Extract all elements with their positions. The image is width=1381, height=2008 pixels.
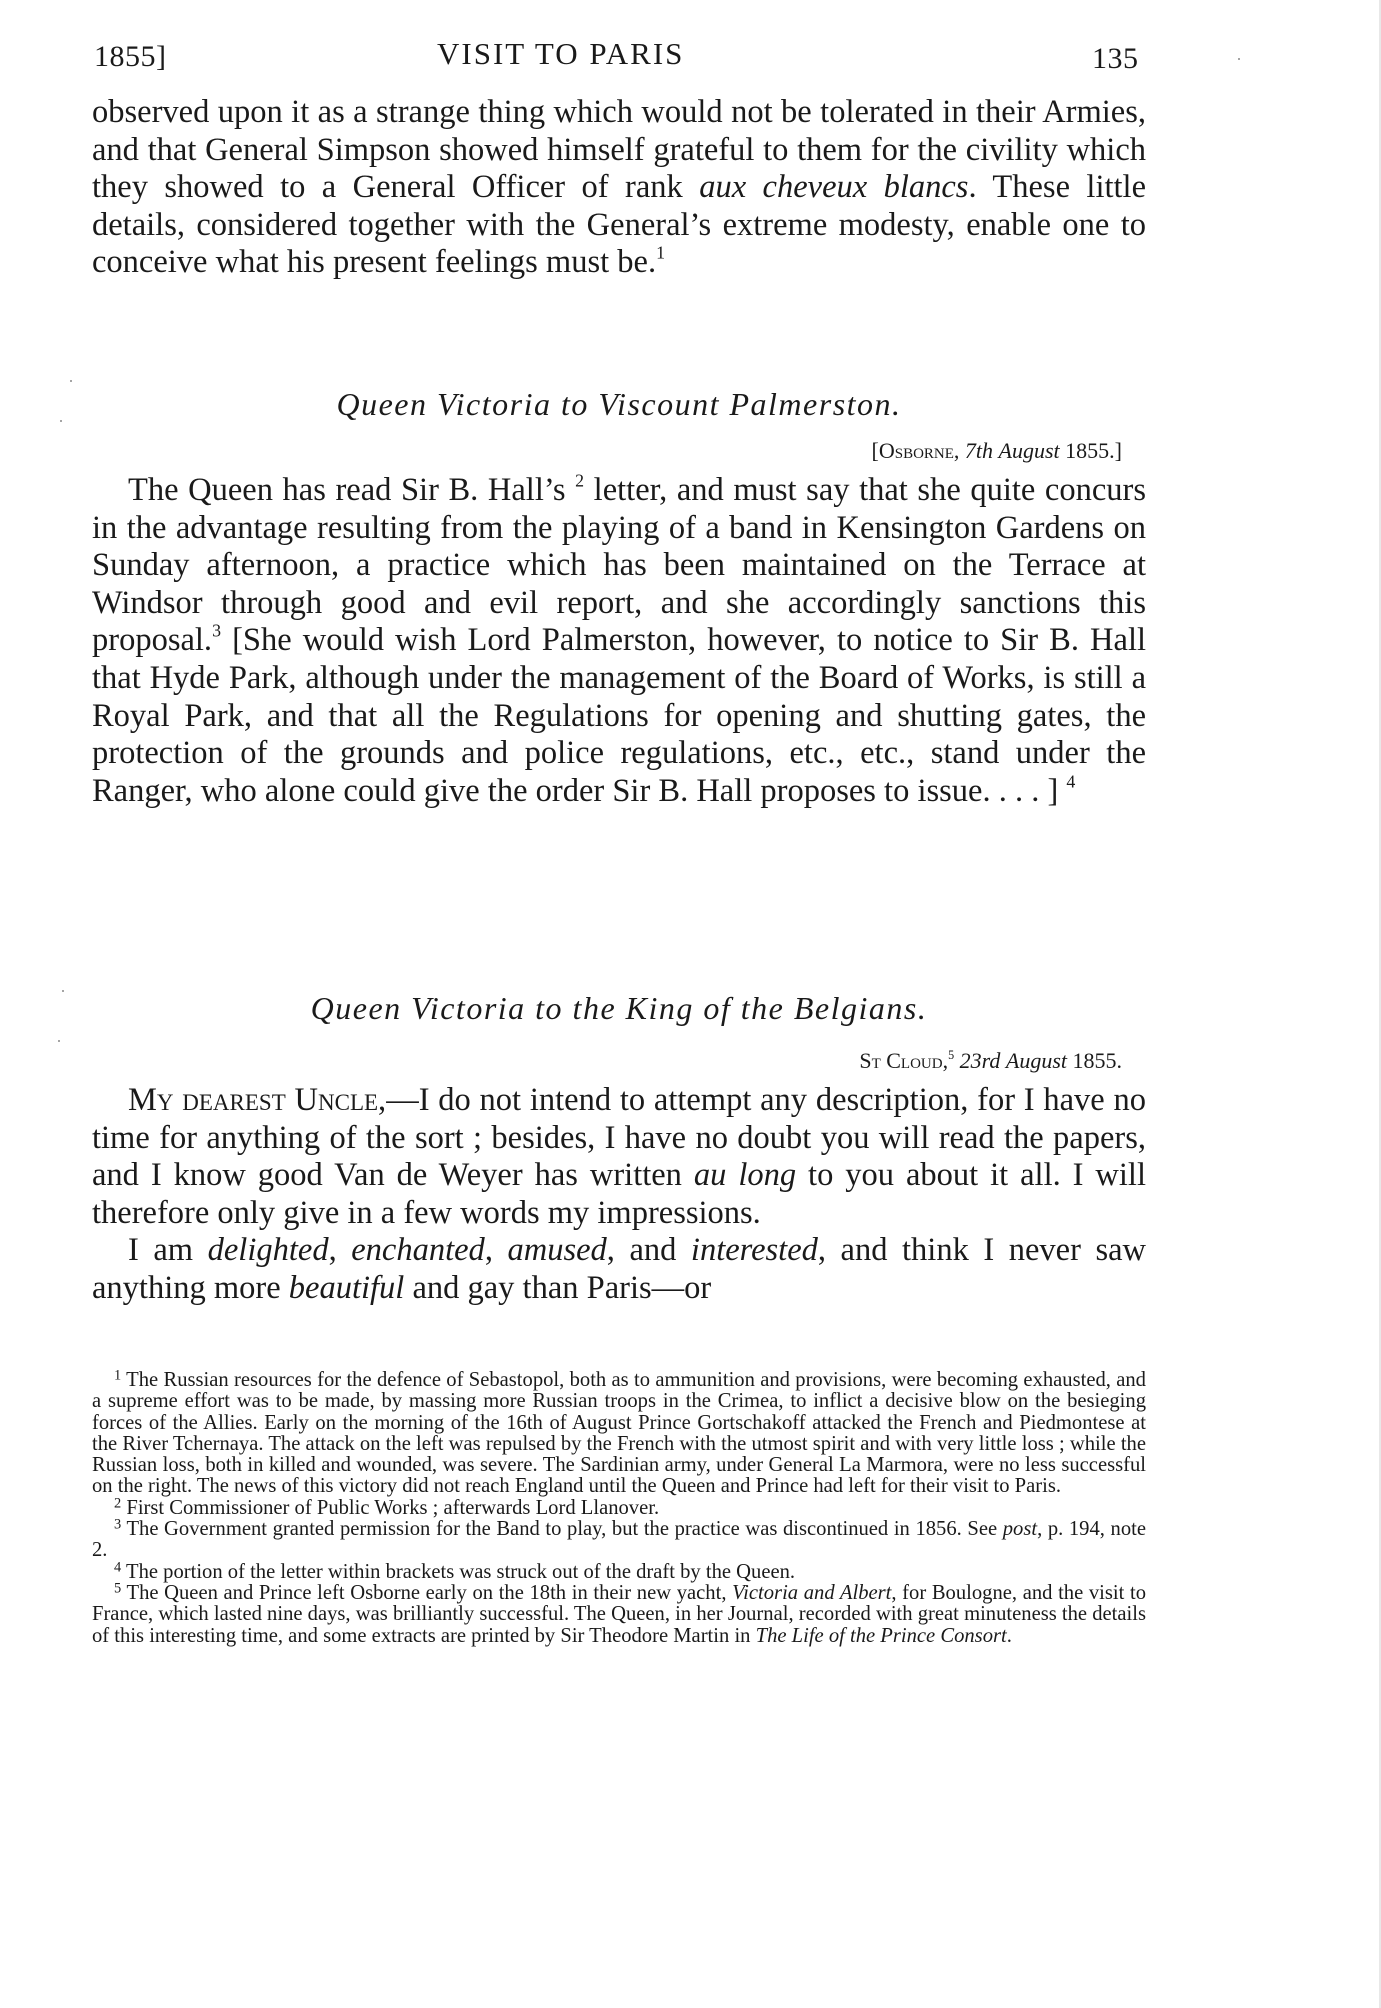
footnote-text: The Queen and Prince left Osborne early …: [126, 1582, 732, 1604]
p2-italic: amused: [507, 1232, 606, 1268]
dateline-month: August: [999, 438, 1060, 463]
footnote-italic: The Life of the Prince Consort: [756, 1625, 1007, 1647]
opening-paragraph: observed upon it as a strange thing whic…: [92, 94, 1146, 282]
letter1-dateline: [Osborne, 7th August 1855.]: [872, 438, 1122, 464]
footnote-5: 5 The Queen and Prince left Osborne earl…: [92, 1583, 1146, 1647]
running-head: 1855] VISIT TO PARIS 135: [92, 36, 1146, 76]
footnote-number: 3: [114, 1517, 121, 1533]
p2-italic: interested: [691, 1232, 818, 1268]
running-head-title: VISIT TO PARIS: [437, 36, 684, 72]
dateline-day: 23rd: [954, 1048, 1000, 1073]
footnote-ref-1[interactable]: 1: [656, 243, 665, 263]
dateline-bracket: [: [872, 438, 879, 463]
letter1-text-1: The Queen has read Sir B. Hall’s: [128, 472, 575, 508]
dateline-place: Osborne: [879, 438, 954, 463]
scan-speck: [70, 380, 72, 382]
footnote-number: 4: [114, 1559, 121, 1575]
footnote-3: 3 The Government granted permission for …: [92, 1519, 1146, 1562]
footnote-text: First Commissioner of Public Works ; aft…: [126, 1497, 659, 1519]
p2-text: I am: [128, 1232, 208, 1268]
scan-speck: [62, 990, 64, 992]
page-number: 135: [1092, 42, 1139, 76]
footnote-number: 1: [114, 1368, 121, 1384]
letter1-heading: Queen Victoria to Viscount Palmerston.: [92, 386, 1146, 423]
dateline-place: St Cloud,: [859, 1048, 948, 1073]
scan-speck: [60, 420, 62, 422]
dateline-month: August: [1006, 1048, 1067, 1073]
footnote-italic: post: [1003, 1518, 1037, 1540]
p2-text: , and: [607, 1232, 691, 1268]
opening-italic: aux cheveux blancs: [699, 169, 968, 205]
p2-text: ,: [485, 1232, 508, 1268]
salutation: My dearest Uncle,: [128, 1082, 386, 1118]
footnote-text: The portion of the letter within bracket…: [126, 1561, 795, 1583]
footnote-italic: Victoria and Albert: [732, 1582, 891, 1604]
letter2-dateline: St Cloud,5 23rd August 1855.: [859, 1048, 1122, 1074]
letter2-italic: au long: [694, 1157, 796, 1193]
p2-text: and gay than Paris—or: [404, 1270, 711, 1306]
footnote-text: The Government granted permission for th…: [126, 1518, 1002, 1540]
footnote-1: 1 The Russian resources for the defence …: [92, 1370, 1146, 1498]
scan-speck: [1238, 58, 1240, 60]
p2-italic: beautiful: [289, 1270, 405, 1306]
dateline-year: 1855.]: [1065, 438, 1122, 463]
footnote-4: 4 The portion of the letter within brack…: [92, 1562, 1146, 1583]
scan-speck: [58, 1040, 60, 1042]
footnote-number: 5: [114, 1580, 121, 1596]
footnote-text: .: [1007, 1625, 1012, 1647]
letter2-heading: Queen Victoria to the King of the Belgia…: [92, 990, 1146, 1027]
letter1-text-3: [She would wish Lord Palmerston, however…: [92, 622, 1146, 808]
p2-italic: enchanted: [351, 1232, 485, 1268]
letter2-body: My dearest Uncle,—I do not intend to att…: [92, 1082, 1146, 1308]
dateline-day: 7th: [965, 438, 993, 463]
running-head-year: 1855]: [94, 40, 167, 74]
letter2-paragraph-1: My dearest Uncle,—I do not intend to att…: [92, 1082, 1146, 1232]
letter2-paragraph-2: I am delighted, enchanted, amused, and i…: [92, 1232, 1146, 1307]
footnotes: 1 The Russian resources for the defence …: [92, 1370, 1146, 1647]
footnote-ref-3[interactable]: 3: [212, 621, 221, 641]
footnote-2: 2 First Commissioner of Public Works ; a…: [92, 1498, 1146, 1519]
footnote-number: 2: [114, 1495, 121, 1511]
dateline-year: 1855.: [1073, 1048, 1123, 1073]
footnote-ref-2[interactable]: 2: [575, 471, 584, 491]
letter1-body: The Queen has read Sir B. Hall’s 2 lette…: [92, 472, 1146, 810]
p2-text: ,: [329, 1232, 352, 1268]
footnote-text: The Russian resources for the defence of…: [92, 1369, 1146, 1497]
footnote-ref-4[interactable]: 4: [1066, 771, 1075, 791]
p2-italic: delighted: [208, 1232, 329, 1268]
